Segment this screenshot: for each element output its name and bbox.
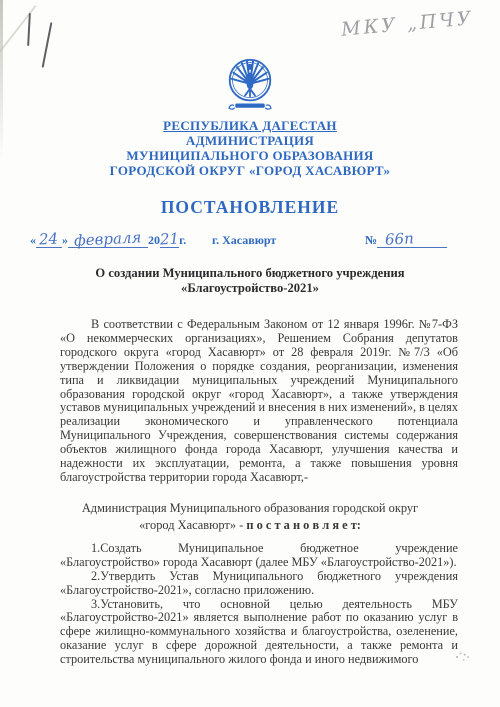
year-blank: 21 [160,232,179,248]
document-number-field: №66п [365,231,447,249]
paper-corner-edge [0,5,36,57]
document-title: О создании Муниципального бюджетного учр… [0,266,500,295]
handwritten-doc-number: 66п [385,231,414,246]
handwritten-month: февраля [74,230,142,248]
resolution-line1: Администрация Муниципального образования… [0,500,500,517]
document-title-line2: «Благоустройство-2021» [0,281,500,296]
scanned-decree-page: МКУ „ПЧУ РЕСПУБЛИКА ДАГЕСТАН АДМИНИСТРАЦ… [0,0,500,707]
pen-stroke-mark [27,13,31,46]
handwritten-top-right-note: МКУ „ПЧУ [341,7,475,40]
year-printed: 20 [148,233,160,247]
year-era-label: г. [179,233,186,247]
scan-edge-shadow [0,0,3,160]
number-blank: 66п [377,232,447,248]
resolution-line2: «город Хасавюрт» - п о с т а н о в л я е… [0,517,500,534]
document-type-heading: ПОСТАНОВЛЕНИЕ [0,197,500,218]
resolution-verb: п о с т а н о в л я е т: [246,518,361,532]
letterhead-administration: АДМИНИСТРАЦИЯ [0,133,500,148]
day-blank: 24 [36,232,62,248]
number-sign: № [365,233,377,247]
preamble-paragraph: В соответствии с Федеральным Законом от … [60,318,458,485]
date-field: «24»февраля2021г. [30,231,186,249]
decree-item-2: 2.Утвердить Устав Муниципального бюджетн… [60,570,458,598]
document-title-line1: О создании Муниципального бюджетного учр… [0,266,500,281]
dagestan-coat-of-arms-icon [211,53,289,117]
letterhead-republic: РЕСПУБЛИКА ДАГЕСТАН [0,118,500,133]
letterhead-city-district: ГОРОДСКОЙ ОКРУГ «ГОРОД ХАСАВЮРТ» [0,163,500,178]
place-label: г. Хасавюрт [212,233,276,248]
letterhead-municipal-formation: МУНИЦИПАЛЬНОГО ОБРАЗОВАНИЯ [0,148,500,163]
handwritten-day: 24 [39,232,59,247]
resolution-formula: Администрация Муниципального образования… [0,500,500,534]
pen-stroke-mark [42,22,53,68]
letterhead: РЕСПУБЛИКА ДАГЕСТАН АДМИНИСТРАЦИЯ МУНИЦИ… [0,118,500,178]
resolution-line2-city: «город Хасавюрт» - [139,518,246,532]
decree-item-3: 3.Установить, что основной целью деятель… [60,598,458,668]
month-blank: февраля [68,232,148,248]
decree-item-1: 1.Создать Муниципальное бюджетное учрежд… [60,542,458,570]
dateline: «24»февраля2021г. г. Хасавюрт №66п [0,227,500,253]
decree-items: 1.Создать Муниципальное бюджетное учрежд… [60,542,458,667]
handwritten-year: 21 [160,232,180,247]
